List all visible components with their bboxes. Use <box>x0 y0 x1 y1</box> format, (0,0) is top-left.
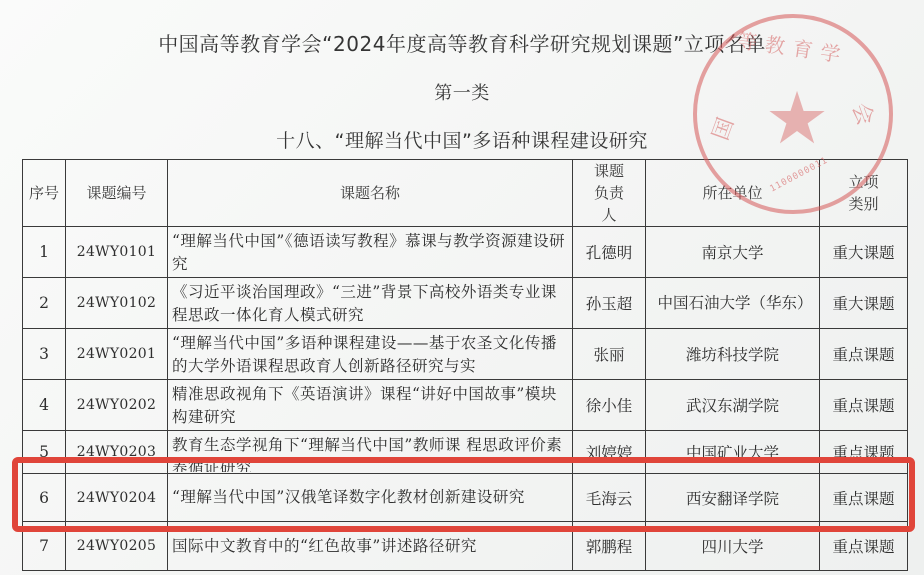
row-leader: 孔德明 <box>573 227 646 278</box>
row-type: 重点课题 <box>820 431 908 474</box>
row-name: 国际中文教育中的“红色故事”讲述路径研究 <box>168 522 573 571</box>
row-index: 4 <box>23 380 66 431</box>
project-list-table: 序号 课题编号 课题名称 课题负责人 所在单位 立项类别 1 24WY0101 … <box>22 159 908 571</box>
header-type: 立项类别 <box>820 160 908 227</box>
row-name-text: 精准思政视角下《英语演讲》课程“讲好中国故事”模块构建研究 <box>172 383 568 427</box>
row-unit: 潍坊科技学院 <box>646 329 820 380</box>
row-unit: 中国石油大学（华东） <box>646 278 820 329</box>
row-type: 重点课题 <box>820 380 908 431</box>
row-index: 2 <box>23 278 66 329</box>
row-code: 24WY0204 <box>66 474 168 522</box>
row-name: 精准思政视角下《英语演讲》课程“讲好中国故事”模块构建研究 <box>168 380 573 431</box>
row-unit: 南京大学 <box>646 227 820 278</box>
row-unit: 西安翻译学院 <box>646 474 820 522</box>
table-row: 1 24WY0101 “理解当代中国”《德语读写教程》慕课与教学资源建设研究 孔… <box>23 227 908 278</box>
row-index: 1 <box>23 227 66 278</box>
row-unit-text: 中国石油大学（华东） <box>658 292 808 314</box>
row-index: 6 <box>23 474 66 522</box>
table-header-row: 序号 课题编号 课题名称 课题负责人 所在单位 立项类别 <box>23 160 908 227</box>
row-leader: 孙玉超 <box>573 278 646 329</box>
header-name: 课题名称 <box>168 160 573 227</box>
row-name: 《习近平谈治国理政》“三进”背景下高校外语类专业课程思政一体化育人模式研究 <box>168 278 573 329</box>
row-code: 24WY0205 <box>66 522 168 571</box>
row-code: 24WY0202 <box>66 380 168 431</box>
row-index: 3 <box>23 329 66 380</box>
row-leader: 毛海云 <box>573 474 646 522</box>
row-type: 重大课题 <box>820 278 908 329</box>
row-unit: 四川大学 <box>646 522 820 571</box>
row-name-text: 《习近平谈治国理政》“三进”背景下高校外语类专业课程思政一体化育人模式研究 <box>172 281 568 325</box>
header-unit: 所在单位 <box>646 160 820 227</box>
row-unit: 武汉东湖学院 <box>646 380 820 431</box>
row-type: 重点课题 <box>820 329 908 380</box>
header-code: 课题编号 <box>66 160 168 227</box>
row-name: “理解当代中国”汉俄笔译数字化教材创新建设研究 <box>168 474 573 522</box>
section-heading: 十八、“理解当代中国”多语种课程建设研究 <box>0 126 924 153</box>
row-code: 24WY0203 <box>66 431 168 474</box>
header-leader: 课题负责人 <box>573 160 646 227</box>
row-code: 24WY0201 <box>66 329 168 380</box>
header-type-label: 立项类别 <box>847 171 881 215</box>
row-code: 24WY0102 <box>66 278 168 329</box>
table-row-highlighted: 6 24WY0204 “理解当代中国”汉俄笔译数字化教材创新建设研究 毛海云 西… <box>23 474 908 522</box>
row-leader: 徐小佳 <box>573 380 646 431</box>
row-name-text: “理解当代中国”多语种课程建设——基于农圣文化传播的大学外语课程思政育人创新路径… <box>172 332 568 376</box>
row-leader: 张丽 <box>573 329 646 380</box>
row-index: 7 <box>23 522 66 571</box>
row-name-text: “理解当代中国”《德语读写教程》慕课与教学资源建设研究 <box>172 230 568 274</box>
row-name: “理解当代中国”《德语读写教程》慕课与教学资源建设研究 <box>168 227 573 278</box>
document-title: 中国高等教育学会“2024年度高等教育科学研究规划课题”立项名单 <box>0 28 924 57</box>
header-index: 序号 <box>23 160 66 227</box>
row-type: 重大课题 <box>820 227 908 278</box>
table-row: 4 24WY0202 精准思政视角下《英语演讲》课程“讲好中国故事”模块构建研究… <box>23 380 908 431</box>
row-name: 教育生态学视角下“理解当代中国”教师课 程思政评价素养循证研究 <box>168 431 573 474</box>
table-row: 5 24WY0203 教育生态学视角下“理解当代中国”教师课 程思政评价素养循证… <box>23 431 908 474</box>
row-index: 5 <box>23 431 66 474</box>
row-type: 重点课题 <box>820 474 908 522</box>
row-name-text: 国际中文教育中的“红色故事”讲述路径研究 <box>172 535 568 558</box>
table-row: 3 24WY0201 “理解当代中国”多语种课程建设——基于农圣文化传播的大学外… <box>23 329 908 380</box>
row-unit: 中国矿业大学 <box>646 431 820 474</box>
row-name-text: 教育生态学视角下“理解当代中国”教师课 程思政评价素养循证研究 <box>172 434 568 472</box>
header-leader-label: 课题负责人 <box>592 160 626 226</box>
row-code: 24WY0101 <box>66 227 168 278</box>
row-name-text: “理解当代中国”汉俄笔译数字化教材创新建设研究 <box>172 486 568 509</box>
table-row: 7 24WY0205 国际中文教育中的“红色故事”讲述路径研究 郭鹏程 四川大学… <box>23 522 908 571</box>
table-row: 2 24WY0102 《习近平谈治国理政》“三进”背景下高校外语类专业课程思政一… <box>23 278 908 329</box>
row-leader: 刘婷婷 <box>573 431 646 474</box>
row-type: 重点课题 <box>820 522 908 571</box>
row-leader: 郭鹏程 <box>573 522 646 571</box>
row-name: “理解当代中国”多语种课程建设——基于农圣文化传播的大学外语课程思政育人创新路径… <box>168 329 573 380</box>
category-heading: 第一类 <box>0 79 924 105</box>
